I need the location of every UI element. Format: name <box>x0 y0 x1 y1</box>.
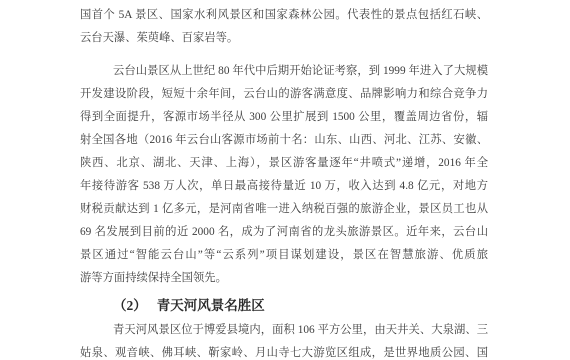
text-line: 年接待游客 538 万人次，单日最高接待量近 10 万，收入达到 4.8 亿元，… <box>80 175 488 198</box>
document-page: 国首个 5A 景区、国家水利风景区和国家森林公园。代表性的景点包括红石峡、 云台… <box>0 0 570 360</box>
text-line: 姑泉、观音峡、佛耳峡、靳家岭、月山寺七大游览区组成，是世界地质公园、国 <box>80 342 488 360</box>
paragraph-yuntaishan-development: 云台山景区从上世纪 80 年代中后期开始论证考察，到 1999 年进入了大规模 … <box>80 60 488 290</box>
text-line: 射全国各地（2016 年云台山客源市场前十名：山东、山西、河北、江苏、安徽、 <box>80 129 488 152</box>
paragraph-first-line: 云台山景区从上世纪 80 年代中后期开始论证考察，到 1999 年进入了大规模 <box>80 60 488 83</box>
text-line: 得到全面提升，客源市场半径从 300 公里扩展到 1500 公里，覆盖周边省份，… <box>80 106 488 129</box>
text-line: 国首个 5A 景区、国家水利风景区和国家森林公园。代表性的景点包括红石峡、 <box>80 4 488 27</box>
text-line: 陕西、北京、湖北、天津、上海），景区游客量逐年“井喷式”递增，2016 年全 <box>80 152 488 175</box>
text-line: 游等方面持续保持全国领先。 <box>80 267 488 290</box>
text-line: 开发建设阶段，短短十余年间，云台山的游客满意度、品牌影响力和综合竞争力 <box>80 83 488 106</box>
section-heading-qingtianhe: （2）青天河风景名胜区 <box>80 294 488 317</box>
text-line: 财税贡献达到 1 亿多元，是河南省唯一进入纳税百强的旅游企业，景区员工也从 <box>80 198 488 221</box>
text-line: 景区通过“智能云台山”等“云系列”项目谋划建设，景区在智慧旅游、优质旅 <box>80 244 488 267</box>
paragraph-qingtianhe-intro: 青天河风景区位于博爱县境内，面积 106 平方公里，由天井关、大泉湖、三 姑泉、… <box>80 319 488 360</box>
heading-number: （2） <box>113 298 147 313</box>
text-line: 云台天瀑、茱萸峰、百家岩等。 <box>80 27 488 50</box>
paragraph-first-line: 青天河风景区位于博爱县境内，面积 106 平方公里，由天井关、大泉湖、三 <box>80 319 488 342</box>
paragraph-yuntaishan-overview: 国首个 5A 景区、国家水利风景区和国家森林公园。代表性的景点包括红石峡、 云台… <box>80 4 488 50</box>
document-text-block: 国首个 5A 景区、国家水利风景区和国家森林公园。代表性的景点包括红石峡、 云台… <box>80 4 488 360</box>
heading-title: 青天河风景名胜区 <box>157 298 265 313</box>
text-line: 69 名发展到目前的近 2000 名，成为了河南省的龙头旅游景区。近年来，云台山 <box>80 221 488 244</box>
